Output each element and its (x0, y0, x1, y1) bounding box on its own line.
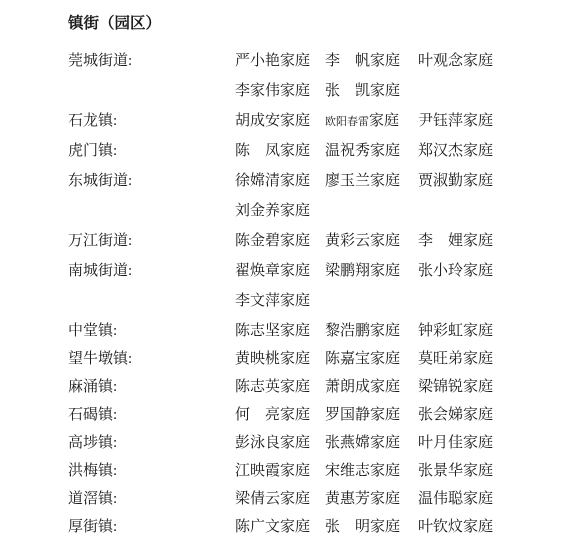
family-name: 郑汉杰家庭 (418, 141, 508, 161)
family-name: 李 帆家庭 (325, 51, 418, 71)
family-name: 陈志英家庭 (235, 377, 325, 397)
family-name: 萧朗成家庭 (325, 377, 418, 397)
family-name: 梁锦锐家庭 (418, 377, 508, 397)
town-row: 南城街道:翟焕章家庭梁鹏翔家庭张小玲家庭 (68, 261, 570, 291)
family-name: 叶钦炆家庭 (418, 517, 508, 537)
family-name: 李 娌家庭 (418, 231, 508, 251)
family-name: 叶月佳家庭 (418, 433, 508, 453)
family-name: 李家伟家庭 (235, 81, 325, 101)
town-label: 石碣镇: (68, 405, 235, 425)
town-label: 万江街道: (68, 231, 235, 251)
family-name: 温祝秀家庭 (325, 141, 418, 161)
family-name: 欧阳春雷家庭 (325, 111, 418, 132)
town-label: 厚街镇: (68, 517, 235, 537)
family-name: 陈志坚家庭 (235, 321, 325, 341)
family-name: 黄惠芳家庭 (325, 489, 418, 509)
family-name: 江映霞家庭 (235, 461, 325, 481)
family-name: 贾淑勤家庭 (418, 171, 508, 191)
town-row: 高埗镇:彭泳良家庭张燕嫦家庭叶月佳家庭 (68, 433, 570, 461)
town-row: 洪梅镇:江映霞家庭宋维志家庭张景华家庭 (68, 461, 570, 489)
town-row: 李家伟家庭张 凯家庭 (68, 81, 570, 111)
town-row: 东城街道:徐嫦清家庭廖玉兰家庭贾淑勤家庭 (68, 171, 570, 201)
town-label: 东城街道: (68, 171, 235, 191)
town-row: 厚街镇:陈广文家庭张 明家庭叶钦炆家庭 (68, 517, 570, 545)
town-row: 麻涌镇:陈志英家庭萧朗成家庭梁锦锐家庭 (68, 377, 570, 405)
family-name: 廖玉兰家庭 (325, 171, 418, 191)
family-name: 张 凯家庭 (325, 81, 418, 101)
family-name-compressed-part: 欧阳春雷 (325, 116, 369, 128)
document-page: 镇街（园区） 莞城街道:严小艳家庭李 帆家庭叶观念家庭李家伟家庭张 凯家庭石龙镇… (0, 0, 580, 554)
family-name: 严小艳家庭 (235, 51, 325, 71)
family-name: 陈广文家庭 (235, 517, 325, 537)
family-name: 黎浩鹏家庭 (325, 321, 418, 341)
family-name: 张景华家庭 (418, 461, 508, 481)
town-row: 石碣镇:何 亮家庭罗国静家庭张会娣家庭 (68, 405, 570, 433)
family-name: 李文萍家庭 (235, 291, 325, 311)
town-row: 莞城街道:严小艳家庭李 帆家庭叶观念家庭 (68, 51, 570, 81)
family-name: 张 明家庭 (325, 517, 418, 537)
town-label: 道滘镇: (68, 489, 235, 509)
family-name: 何 亮家庭 (235, 405, 325, 425)
family-name: 黄彩云家庭 (325, 231, 418, 251)
town-label: 高埗镇: (68, 433, 235, 453)
family-name: 钟彩虹家庭 (418, 321, 508, 341)
family-name: 梁倩云家庭 (235, 489, 325, 509)
town-row: 万江街道:陈金碧家庭黄彩云家庭李 娌家庭 (68, 231, 570, 261)
town-row: 刘金养家庭 (68, 201, 570, 231)
town-label: 麻涌镇: (68, 377, 235, 397)
family-name: 胡成安家庭 (235, 111, 325, 131)
family-name: 罗国静家庭 (325, 405, 418, 425)
page-title: 镇街（园区） (68, 14, 570, 34)
town-row: 道滘镇:梁倩云家庭黄惠芳家庭温伟聪家庭 (68, 489, 570, 517)
family-name: 张小玲家庭 (418, 261, 508, 281)
family-name: 张燕嫦家庭 (325, 433, 418, 453)
family-name: 叶观念家庭 (418, 51, 508, 71)
family-name: 陈金碧家庭 (235, 231, 325, 251)
town-label: 虎门镇: (68, 141, 235, 161)
family-name: 彭泳良家庭 (235, 433, 325, 453)
family-name: 陈 凤家庭 (235, 141, 325, 161)
family-name: 刘金养家庭 (235, 201, 325, 221)
town-label: 望牛墩镇: (68, 349, 235, 369)
family-name: 徐嫦清家庭 (235, 171, 325, 191)
family-name: 陈嘉宝家庭 (325, 349, 418, 369)
family-name: 黄映桃家庭 (235, 349, 325, 369)
family-name: 翟焕章家庭 (235, 261, 325, 281)
family-name: 温伟聪家庭 (418, 489, 508, 509)
family-name: 尹钰萍家庭 (418, 111, 508, 131)
town-label: 石龙镇: (68, 111, 235, 131)
town-row: 李文萍家庭 (68, 291, 570, 321)
family-name: 宋维志家庭 (325, 461, 418, 481)
town-row: 石龙镇:胡成安家庭欧阳春雷家庭尹钰萍家庭 (68, 111, 570, 141)
town-label: 中堂镇: (68, 321, 235, 341)
family-name: 梁鹏翔家庭 (325, 261, 418, 281)
town-row: 虎门镇:陈 凤家庭温祝秀家庭郑汉杰家庭 (68, 141, 570, 171)
town-family-list: 莞城街道:严小艳家庭李 帆家庭叶观念家庭李家伟家庭张 凯家庭石龙镇:胡成安家庭欧… (68, 51, 570, 545)
family-name: 张会娣家庭 (418, 405, 508, 425)
family-name: 莫旺弟家庭 (418, 349, 508, 369)
town-row: 望牛墩镇:黄映桃家庭陈嘉宝家庭莫旺弟家庭 (68, 349, 570, 377)
town-row: 中堂镇:陈志坚家庭黎浩鹏家庭钟彩虹家庭 (68, 321, 570, 349)
town-label: 洪梅镇: (68, 461, 235, 481)
town-label: 南城街道: (68, 261, 235, 281)
town-label: 莞城街道: (68, 51, 235, 71)
